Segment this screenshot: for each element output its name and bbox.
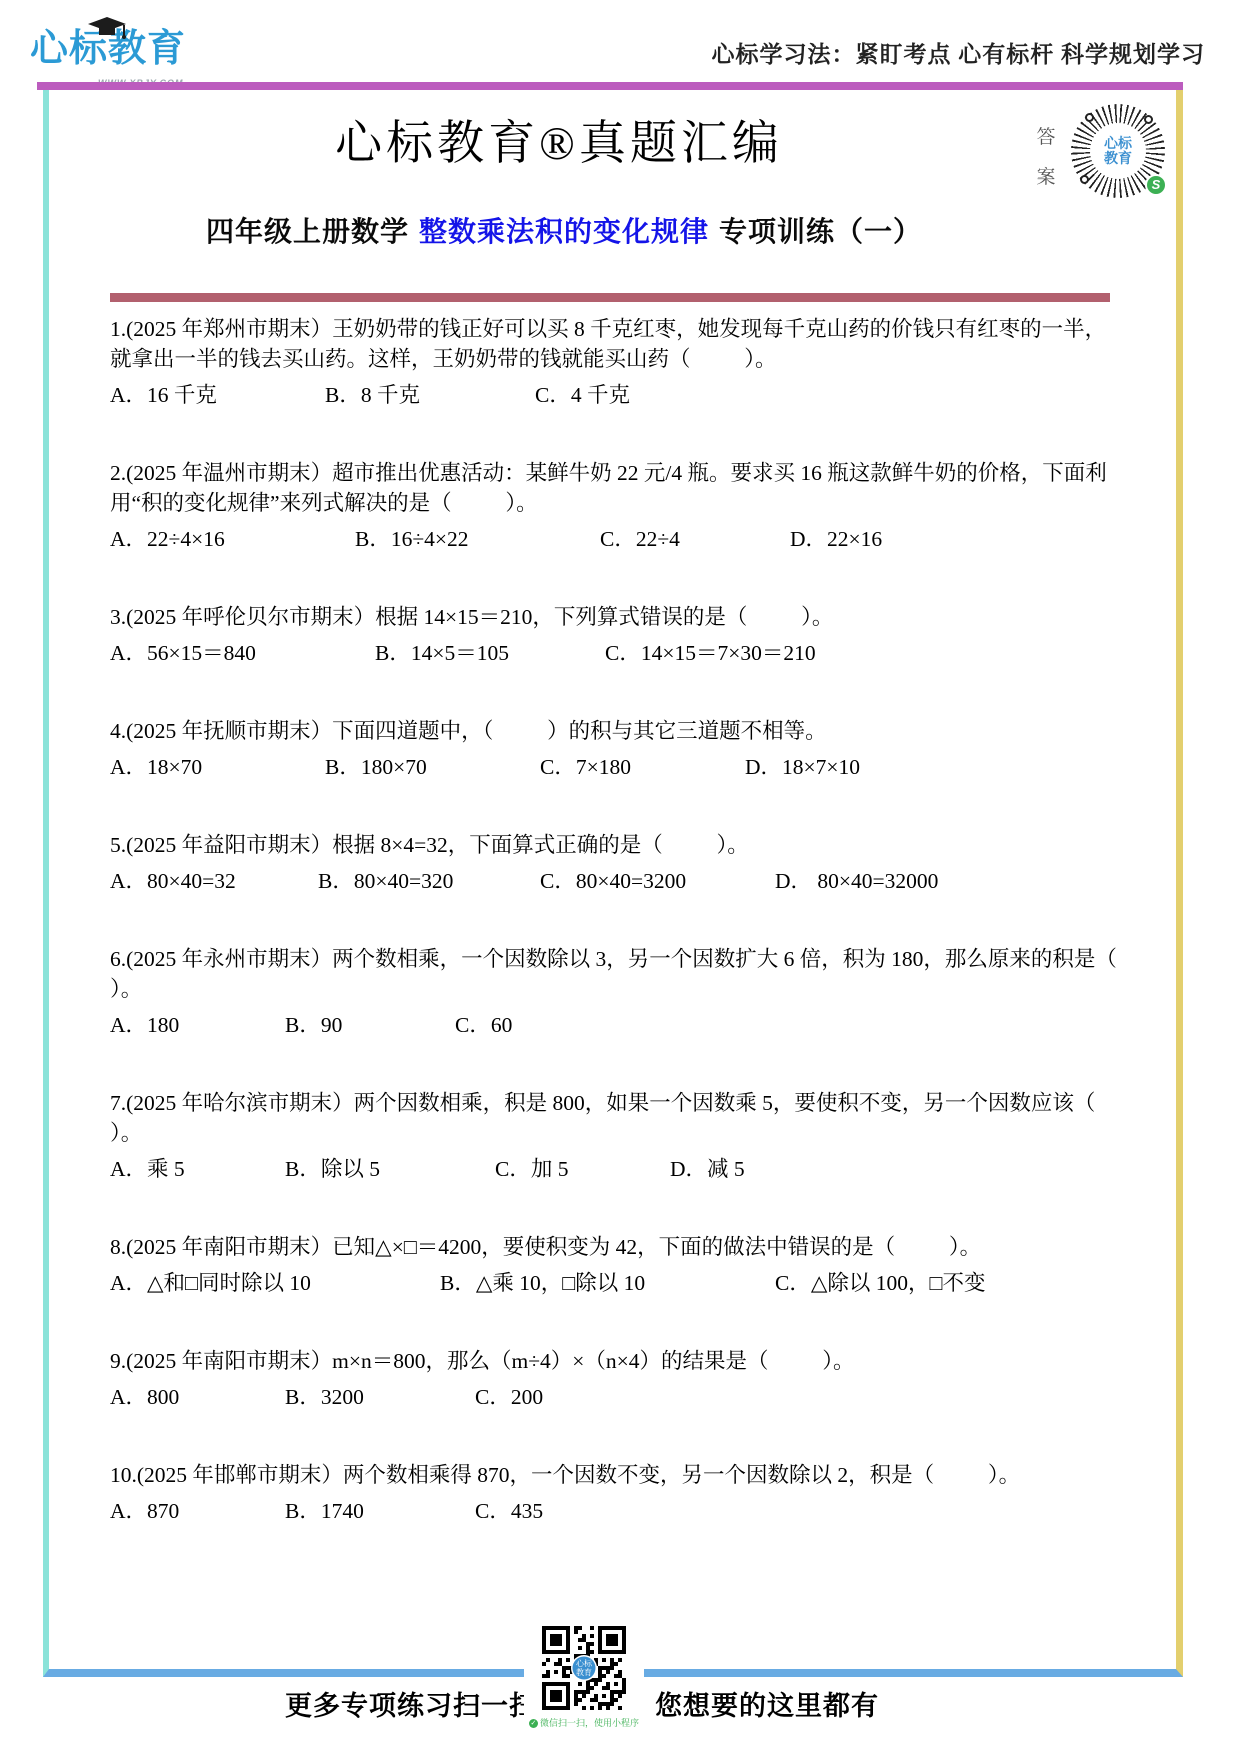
question-number: 7. [110,1091,126,1115]
question-item: 9.(2025 年南阳市期末）m×n＝800，那么（m÷4）×（n×4）的结果是… [110,1346,1118,1412]
worksheet-page: 心标教育 WWW.XBJY.COM 心标学习法：紧盯考点 心有标杆 科学规划学习… [0,0,1240,1754]
question-item: 10.(2025 年邯郸市期末）两个数相乘得 870，一个因数不变，另一个因数除… [110,1460,1118,1526]
question-body: (2025 年南阳市期末）m×n＝800，那么（m÷4）×（n×4）的结果是（ … [126,1349,854,1373]
answer-miniprogram-qr-code: 心标 教育 S [1071,104,1165,198]
svg-text:教育: 教育 [576,1667,592,1677]
question-text: 8.(2025 年南阳市期末）已知△×□＝4200，要使积变为 42，下面的做法… [110,1232,1118,1262]
question-body: (2025 年永州市期末）两个数相乘，一个因数除以 3，另一个因数扩大 6 倍，… [110,947,1171,1001]
option-label: A．870 [110,1496,285,1526]
option-label: B．除以 5 [285,1154,495,1184]
option-label: A．△和□同时除以 10 [110,1268,440,1298]
question-number: 5. [110,833,126,857]
question-options: A．80×40=32B．80×40=320C．80×40=3200D． 80×4… [110,866,1118,896]
question-item: 4.(2025 年抚顺市期末）下面四道题中，（ ）的积与其它三道题不相等。 A．… [110,716,1118,782]
subtitle-prefix: 四年级上册数学 [206,216,409,247]
option-label: C．4 千克 [535,380,630,410]
option-label: C．7×180 [540,752,745,782]
option-label: A．18×70 [110,752,325,782]
question-body: (2025 年抚顺市期末）下面四道题中，（ ）的积与其它三道题不相等。 [126,719,827,743]
question-item: 7.(2025 年哈尔滨市期末）两个因数相乘，积是 800，如果一个因数乘 5，… [110,1088,1118,1184]
option-label: C．22÷4 [600,524,790,554]
option-label: B．3200 [285,1382,475,1412]
footer-right-text: 您想要的这里都有 [655,1684,879,1723]
question-text: 3.(2025 年呼伦贝尔市期末）根据 14×15＝210，下列算式错误的是（ … [110,602,1118,632]
option-label: B．△乘 10，□除以 10 [440,1268,775,1298]
option-label: B．8 千克 [325,380,535,410]
option-label: A．800 [110,1382,285,1412]
option-label: B．80×40=320 [318,866,540,896]
question-number: 4. [110,719,126,743]
question-text: 7.(2025 年哈尔滨市期末）两个因数相乘，积是 800，如果一个因数乘 5，… [110,1088,1118,1148]
option-label: A．180 [110,1010,285,1040]
answer-vertical-label: 答 案 [1034,122,1058,189]
qr-center-text-2: 教育 [1104,151,1132,166]
question-number: 10. [110,1463,137,1487]
wechat-badge-icon: S [1145,174,1167,196]
question-options: A．180B．90C．60 [110,1010,1118,1040]
graduation-cap-icon [86,16,128,40]
option-label: D． 80×40=32000 [775,866,938,896]
option-label: C．加 5 [495,1154,670,1184]
question-text: 4.(2025 年抚顺市期末）下面四道题中，（ ）的积与其它三道题不相等。 [110,716,1118,746]
option-label: D．18×7×10 [745,752,860,782]
footer-qr-block: 心标教育 ✓微信扫一扫，使用小程序 [524,1624,644,1732]
option-label: C．60 [455,1010,512,1040]
question-text: 9.(2025 年南阳市期末）m×n＝800，那么（m÷4）×（n×4）的结果是… [110,1346,1118,1376]
option-label: A．80×40=32 [110,866,318,896]
option-label: A．22÷4×16 [110,524,355,554]
question-options: A．△和□同时除以 10B．△乘 10，□除以 10C．△除以 100，□不变 [110,1268,1118,1298]
question-options: A．22÷4×16B．16÷4×22C．22÷4D．22×16 [110,524,1118,554]
question-number: 3. [110,605,126,629]
question-body: (2025 年益阳市期末）根据 8×4=32，下面算式正确的是（ ）。 [126,833,749,857]
qr-eye-icon [1144,115,1153,124]
option-label: D．22×16 [790,524,882,554]
qr-eye-icon [1080,175,1089,184]
question-body: (2025 年南阳市期末）已知△×□＝4200，要使积变为 42，下面的做法中错… [126,1235,981,1259]
subtitle-divider-line [110,293,1110,302]
qr-center-text-1: 心标 [1104,136,1132,151]
option-label: B．16÷4×22 [355,524,600,554]
question-number: 9. [110,1349,126,1373]
question-number: 2. [110,461,126,485]
qr-eye-icon [1085,113,1094,122]
question-item: 3.(2025 年呼伦贝尔市期末）根据 14×15＝210，下列算式错误的是（ … [110,602,1118,668]
option-label: C．△除以 100，□不变 [775,1268,986,1298]
question-text: 5.(2025 年益阳市期末）根据 8×4=32，下面算式正确的是（ ）。 [110,830,1118,860]
question-item: 5.(2025 年益阳市期末）根据 8×4=32，下面算式正确的是（ ）。 A．… [110,830,1118,896]
question-text: 1.(2025 年郑州市期末）王奶奶带的钱正好可以买 8 千克红枣，她发现每千克… [110,314,1118,374]
question-list: 1.(2025 年郑州市期末）王奶奶带的钱正好可以买 8 千克红枣，她发现每千克… [110,314,1118,1574]
question-number: 6. [110,947,126,971]
question-number: 1. [110,317,126,341]
brand-logo-text: 心标教育 [30,20,260,78]
option-label: B．180×70 [325,752,540,782]
content-frame: 心标教育®真题汇编 答 案 心标 教育 S 四年级上册数学整数乘法积的变化规律专… [43,90,1183,1677]
question-item: 2.(2025 年温州市期末）超市推出优惠活动：某鲜牛奶 22 元/4 瓶。要求… [110,458,1118,554]
question-item: 1.(2025 年郑州市期末）王奶奶带的钱正好可以买 8 千克红枣，她发现每千克… [110,314,1118,410]
question-text: 6.(2025 年永州市期末）两个数相乘，一个因数除以 3，另一个因数扩大 6 … [110,944,1118,1004]
question-options: A．16 千克B．8 千克C．4 千克 [110,380,1118,410]
question-item: 6.(2025 年永州市期末）两个数相乘，一个因数除以 3，另一个因数扩大 6 … [110,944,1118,1040]
question-body: (2025 年温州市期末）超市推出优惠活动：某鲜牛奶 22 元/4 瓶。要求买 … [110,461,1107,515]
footer-qr-code: 心标教育 [542,1626,626,1710]
question-options: A．800B．3200C．200 [110,1382,1118,1412]
footer-qr-caption: ✓微信扫一扫，使用小程序 [524,1716,644,1729]
question-options: A．870B．1740C．435 [110,1496,1118,1526]
footer-left-text: 更多专项练习扫一扫 [285,1684,537,1723]
svg-text:心标: 心标 [576,1658,593,1668]
question-options: A．56×15＝840B．14×5＝105C．14×15＝7×30＝210 [110,638,1118,668]
subtitle-topic-highlight: 整数乘法积的变化规律 [419,216,709,247]
question-number: 8. [110,1235,126,1259]
question-text: 10.(2025 年邯郸市期末）两个数相乘得 870，一个因数不变，另一个因数除… [110,1460,1118,1490]
question-body: (2025 年郑州市期末）王奶奶带的钱正好可以买 8 千克红枣，她发现每千克山药… [110,317,1106,371]
option-label: A．56×15＝840 [110,638,375,668]
qr-center-logo: 心标 教育 [1090,123,1146,179]
option-label: C．80×40=3200 [540,866,775,896]
brand-logo: 心标教育 WWW.XBJY.COM [30,20,260,84]
option-label: B．1740 [285,1496,475,1526]
option-label: D．减 5 [670,1154,745,1184]
question-body: (2025 年哈尔滨市期末）两个因数相乘，积是 800，如果一个因数乘 5，要使… [110,1091,1149,1145]
question-options: A．18×70B．180×70C．7×180D．18×7×10 [110,752,1118,782]
question-body: (2025 年呼伦贝尔市期末）根据 14×15＝210，下列算式错误的是（ ）。 [126,605,833,629]
document-title: 心标教育®真题汇编 [59,106,1059,173]
question-text: 2.(2025 年温州市期末）超市推出优惠活动：某鲜牛奶 22 元/4 瓶。要求… [110,458,1118,518]
header-slogan: 心标学习法：紧盯考点 心有标杆 科学规划学习 [712,36,1206,69]
answer-char-2: 案 [1034,162,1058,189]
option-label: C．14×15＝7×30＝210 [605,638,816,668]
wechat-dot-icon: ✓ [529,1719,538,1728]
option-label: C．200 [475,1382,543,1412]
top-divider-line [37,82,1183,90]
worksheet-subtitle: 四年级上册数学整数乘法积的变化规律专项训练（一） [59,210,1069,250]
option-label: B．14×5＝105 [375,638,605,668]
answer-char-1: 答 [1034,122,1058,149]
option-label: B．90 [285,1010,455,1040]
option-label: A．乘 5 [110,1154,285,1184]
question-body: (2025 年邯郸市期末）两个数相乘得 870，一个因数不变，另一个因数除以 2… [137,1463,1020,1487]
question-options: A．乘 5B．除以 5C．加 5D．减 5 [110,1154,1118,1184]
subtitle-suffix: 专项训练（一） [719,216,922,247]
option-label: C．435 [475,1496,543,1526]
option-label: A．16 千克 [110,380,325,410]
question-item: 8.(2025 年南阳市期末）已知△×□＝4200，要使积变为 42，下面的做法… [110,1232,1118,1298]
